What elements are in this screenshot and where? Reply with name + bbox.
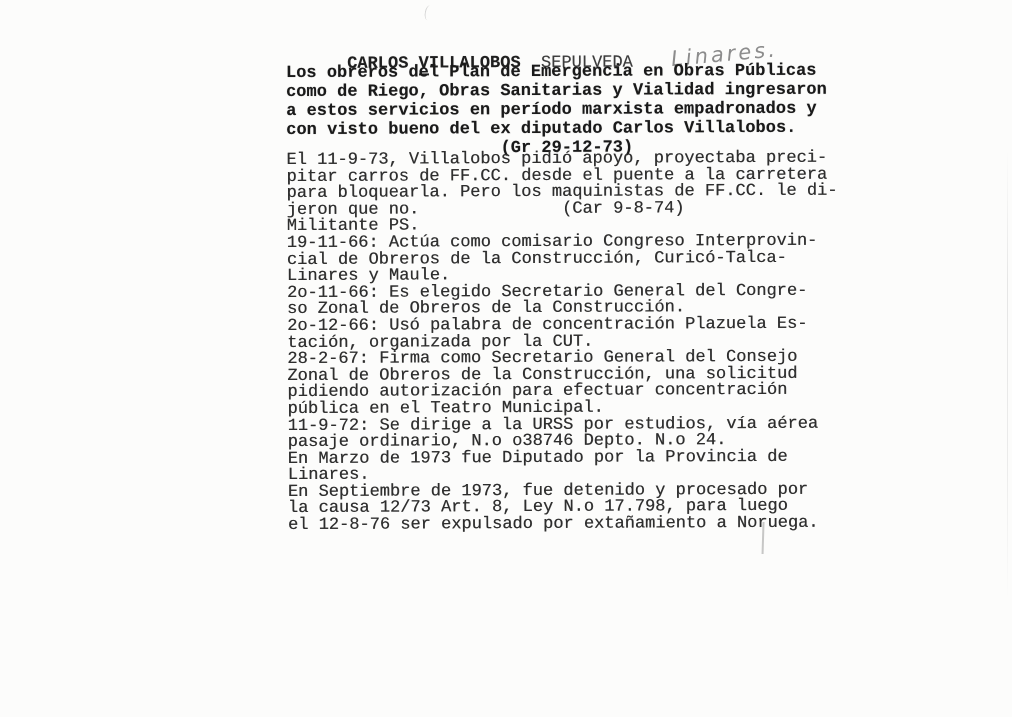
typewritten-document: CARLOS VILLALOBOS SEPULVEDA Linares. Los… <box>0 0 1012 717</box>
page-edge-artifact <box>1007 150 1009 600</box>
typewriter-line: a estos servicios en período marxista em… <box>286 100 827 121</box>
stray-mark <box>424 5 434 21</box>
typewriter-line: como de Riego, Obras Sanitarias y Vialid… <box>286 81 827 102</box>
body-text: El 11-9-73, Villalobos pidió apoyo, proy… <box>286 151 839 535</box>
scanned-document-page: CARLOS VILLALOBOS SEPULVEDA Linares. Los… <box>0 0 1012 717</box>
typewriter-line: el 12-8-76 ser expulsado por extañamient… <box>288 516 839 535</box>
lead-paragraph: Los obreros del Plan de Emergencia en Ob… <box>286 62 827 159</box>
pen-tick-mark <box>762 522 765 554</box>
typewriter-line: con visto bueno del ex diputado Carlos V… <box>286 119 827 140</box>
typewriter-line: En Marzo de 1973 fue Diputado por la Pro… <box>288 449 839 468</box>
typewriter-line: Los obreros del Plan de Emergencia en Ob… <box>286 62 827 83</box>
